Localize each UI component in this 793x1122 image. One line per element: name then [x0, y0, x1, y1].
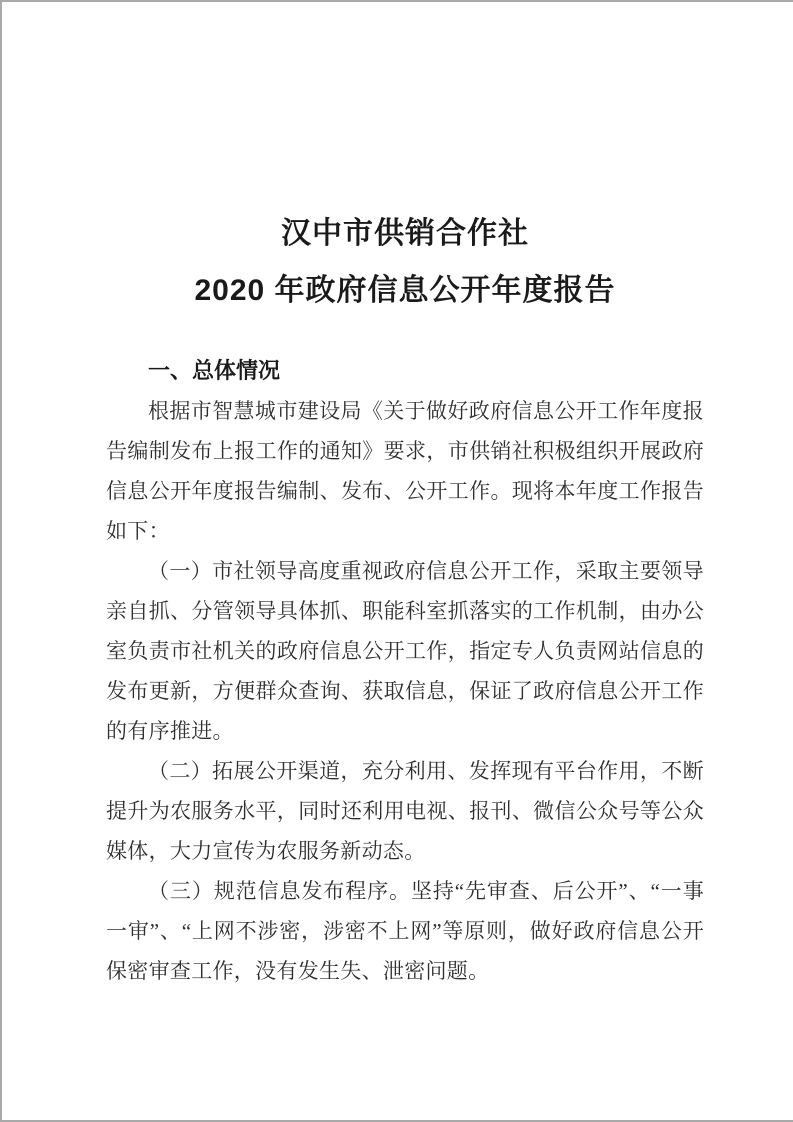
paragraph: （三）规范信息发布程序。坚持“先审查、后公开”、“一事一审”、“上网不涉密，涉密…: [106, 871, 704, 991]
document-title-line2: 2020 年政府信息公开年度报告: [106, 262, 704, 319]
section-heading: 一、总体情况: [106, 351, 704, 391]
paragraph: （二）拓展公开渠道，充分利用、发挥现有平台作用，不断提升为农服务水平，同时还利用…: [106, 751, 704, 871]
document-page: 汉中市供销合作社 2020 年政府信息公开年度报告 一、总体情况 根据市智慧城市…: [0, 0, 793, 1122]
paragraph: 根据市智慧城市建设局《关于做好政府信息公开工作年度报告编制发布上报工作的通知》要…: [106, 391, 704, 551]
document-title-line1: 汉中市供销合作社: [106, 205, 704, 262]
document-body: 根据市智慧城市建设局《关于做好政府信息公开工作年度报告编制发布上报工作的通知》要…: [106, 391, 704, 991]
document-title: 汉中市供销合作社 2020 年政府信息公开年度报告: [106, 205, 704, 319]
document-content: 汉中市供销合作社 2020 年政府信息公开年度报告 一、总体情况 根据市智慧城市…: [2, 205, 793, 991]
paragraph: （一）市社领导高度重视政府信息公开工作，采取主要领导亲自抓、分管领导具体抓、职能…: [106, 551, 704, 751]
